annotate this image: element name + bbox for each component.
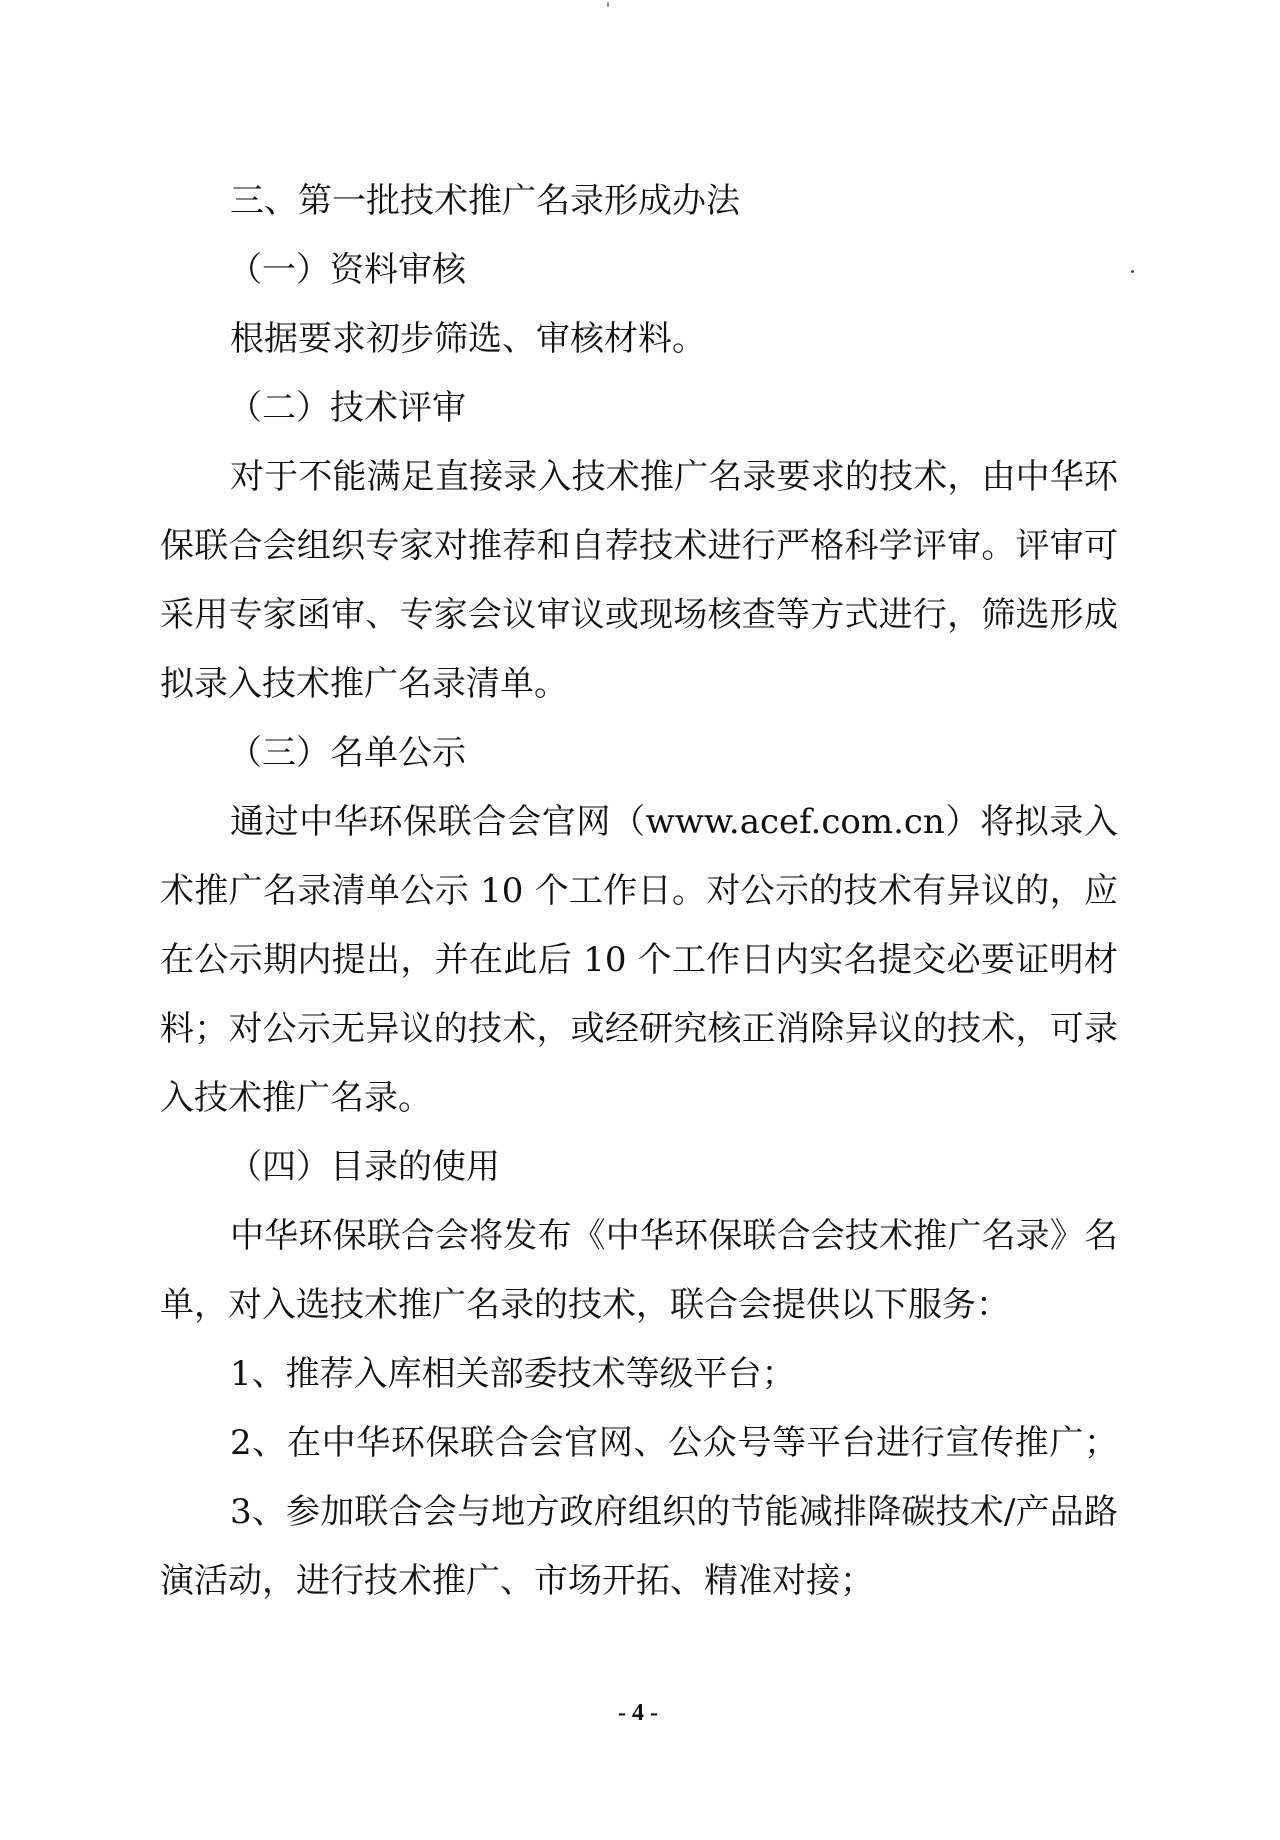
paragraph-line: 单，对入选技术推广名录的技术，联合会提供以下服务：	[160, 1271, 1010, 1340]
paragraph-line: 根据要求初步筛选、审核材料。	[230, 305, 706, 374]
list-item-2: 2、在中华环保联合会官网、公众号等平台进行宣传推广；	[230, 1409, 1118, 1478]
document-page: 三、第一批技术推广名录形成办法 （一）资料审核 根据要求初步筛选、审核材料。 （…	[0, 0, 1280, 1840]
paragraph-line: 中华环保联合会将发布《中华环保联合会技术推广名录》名	[230, 1202, 1118, 1271]
paragraph-line: 料；对公示无异议的技术，或经研究核正消除异议的技术，可录	[160, 995, 1118, 1064]
paragraph-line: 拟录入技术推广名录清单。	[160, 650, 568, 719]
list-item-1: 1、推荐入库相关部委技术等级平台；	[230, 1340, 796, 1409]
paragraph-line: 采用专家函审、专家会议审议或现场核查等方式进行，筛选形成	[160, 581, 1118, 650]
paragraph-line: 通过中华环保联合会官网（www.acef.com.cn）将拟录入技	[230, 788, 1118, 857]
paragraph-line: 演活动，进行技术推广、市场开拓、精准对接；	[160, 1547, 874, 1616]
subsection-heading-3: （三）名单公示	[228, 719, 466, 788]
paragraph-line: 保联合会组织专家对推荐和自荐技术进行严格科学评审。评审可	[160, 512, 1118, 581]
subsection-heading-4: （四）目录的使用	[228, 1133, 500, 1202]
subsection-heading-2: （二）技术评审	[228, 374, 466, 443]
page-number: - 4 -	[600, 1698, 676, 1728]
paragraph-line: 术推广名录清单公示 10 个工作日。对公示的技术有异议的，应	[160, 857, 1118, 926]
scan-speck	[1131, 270, 1134, 273]
section-heading: 三、第一批技术推广名录形成办法	[230, 167, 740, 236]
scan-speck	[607, 2, 609, 7]
paragraph-line: 在公示期内提出，并在此后 10 个工作日内实名提交必要证明材	[160, 926, 1118, 995]
list-item-3: 3、参加联合会与地方政府组织的节能减排降碳技术/产品路	[230, 1478, 1118, 1547]
paragraph-line: 入技术推广名录。	[160, 1064, 432, 1133]
subsection-heading-1: （一）资料审核	[228, 236, 466, 305]
paragraph-line: 对于不能满足直接录入技术推广名录要求的技术，由中华环	[230, 443, 1118, 512]
